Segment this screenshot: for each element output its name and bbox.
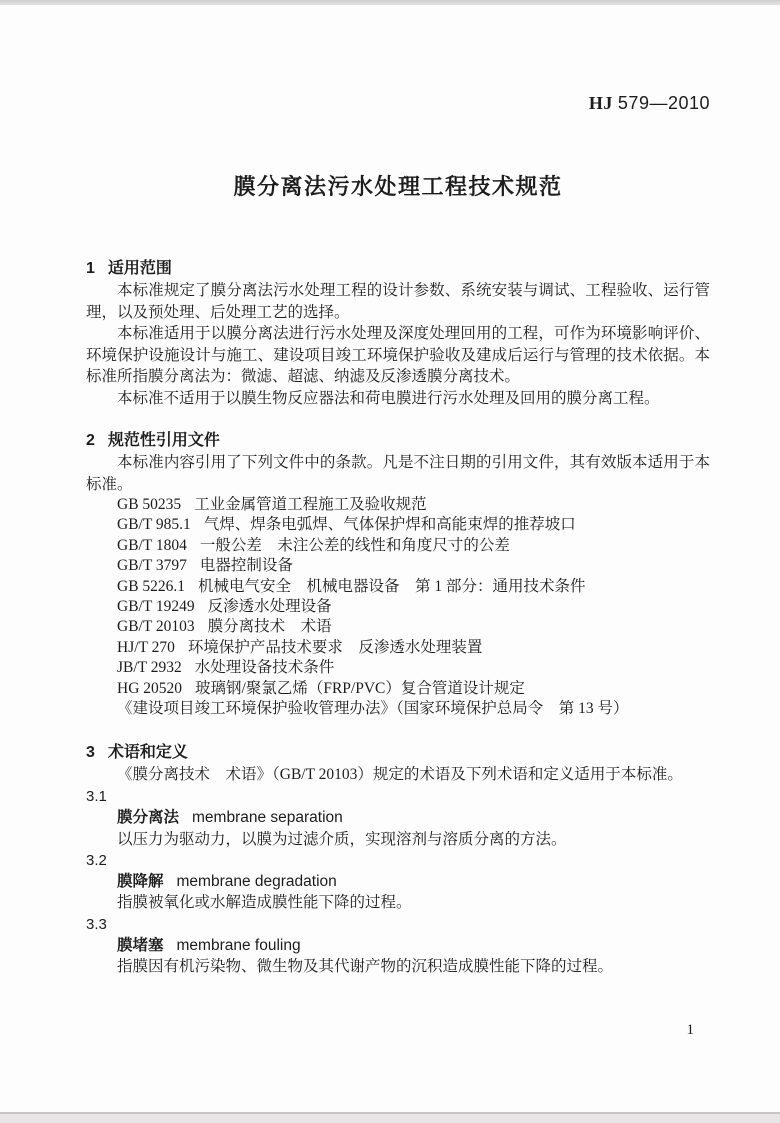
reference-title: 电器控制设备	[200, 557, 293, 574]
term-name-en: membrane degradation	[177, 873, 337, 890]
term-entry: 3.1 膜分离法membrane separation 以压力为驱动力，以膜为过…	[86, 786, 710, 850]
reference-item: GB/T 985.1气焊、焊条电弧焊、气体保护焊和高能束焊的推荐坡口	[117, 515, 710, 535]
reference-code: HG 20520	[117, 680, 182, 697]
section-1-paragraph: 本标准适用于以膜分离法进行污水处理及深度处理回用的工程，可作为环境影响评价、环境…	[86, 323, 710, 388]
term-number: 3.3	[86, 914, 710, 935]
standard-code-number: 579—2010	[618, 93, 710, 113]
section-3-heading: 3术语和定义	[86, 742, 710, 764]
reference-list: GB 50235工业金属管道工程施工及验收规范 GB/T 985.1气焊、焊条电…	[86, 495, 710, 719]
page-content: HJ 579—2010 膜分离法污水处理工程技术规范 1适用范围 本标准规定了膜…	[0, 0, 780, 978]
reference-code: GB/T 19249	[117, 598, 195, 615]
reference-code: GB/T 1804	[117, 537, 187, 554]
term-name-zh: 膜分离法	[117, 809, 179, 826]
term-name-zh: 膜堵塞	[117, 937, 164, 954]
reference-title: 《建设项目竣工环境保护验收管理办法》（国家环境保护总局令 第 13 号）	[117, 700, 629, 717]
reference-title: 膜分离技术 术语	[208, 618, 332, 635]
reference-title: 机械电气安全 机械电器设备 第 1 部分：通用技术条件	[198, 578, 586, 595]
reference-title: 反渗透水处理设备	[208, 598, 332, 615]
document-page: HJ 579—2010 膜分离法污水处理工程技术规范 1适用范围 本标准规定了膜…	[0, 0, 780, 1123]
section-2-intro: 本标准内容引用了下列文件中的条款。凡是不注日期的引用文件，其有效版本适用于本标准…	[86, 452, 710, 495]
reference-item: HJ/T 270环境保护产品技术要求 反渗透水处理装置	[117, 638, 710, 658]
page-title: 膜分离法污水处理工程技术规范	[86, 170, 710, 201]
terms-list: 3.1 膜分离法membrane separation 以压力为驱动力，以膜为过…	[86, 786, 710, 978]
term-number: 3.2	[86, 850, 710, 871]
section-1-paragraph: 本标准不适用于以膜生物反应器法和荷电膜进行污水处理及回用的膜分离工程。	[86, 388, 710, 410]
reference-item: GB/T 3797电器控制设备	[117, 556, 710, 576]
term-definition: 指膜因有机污染物、微生物及其代谢产物的沉积造成膜性能下降的过程。	[86, 956, 710, 977]
term-name: 膜降解membrane degradation	[86, 871, 710, 892]
reference-title: 气焊、焊条电弧焊、气体保护焊和高能束焊的推荐坡口	[204, 516, 576, 533]
term-number: 3.1	[86, 786, 710, 807]
reference-title: 一般公差 未注公差的线性和角度尺寸的公差	[200, 537, 510, 554]
reference-title: 水处理设备技术条件	[195, 659, 335, 676]
reference-code: GB 50235	[117, 496, 181, 513]
section-3-title: 术语和定义	[108, 744, 188, 761]
reference-code: GB/T 20103	[117, 618, 195, 635]
reference-item: GB/T 19249反渗透水处理设备	[117, 597, 710, 617]
term-definition: 以压力为驱动力，以膜为过滤介质，实现溶剂与溶质分离的方法。	[86, 829, 710, 850]
term-name: 膜堵塞membrane fouling	[86, 935, 710, 956]
term-name-en: membrane fouling	[177, 937, 301, 954]
page-number: 1	[687, 1022, 695, 1039]
term-definition: 指膜被氧化或水解造成膜性能下降的过程。	[86, 892, 710, 913]
scan-edge-bottom	[0, 1112, 780, 1123]
term-name-zh: 膜降解	[117, 873, 164, 890]
standard-code-prefix: HJ	[589, 93, 613, 113]
reference-item: GB/T 1804一般公差 未注公差的线性和角度尺寸的公差	[117, 536, 710, 556]
reference-code: HJ/T 270	[117, 639, 175, 656]
reference-code: JB/T 2932	[117, 659, 182, 676]
section-2-number: 2	[86, 432, 95, 449]
reference-title: 环境保护产品技术要求 反渗透水处理装置	[188, 639, 483, 656]
section-1-number: 1	[86, 260, 95, 277]
section-1-paragraph: 本标准规定了膜分离法污水处理工程的设计参数、系统安装与调试、工程验收、运行管理，…	[86, 280, 710, 323]
section-1-heading: 1适用范围	[86, 258, 710, 280]
term-name: 膜分离法membrane separation	[86, 807, 710, 828]
reference-item: GB 5226.1机械电气安全 机械电器设备 第 1 部分：通用技术条件	[117, 577, 710, 597]
term-entry: 3.3 膜堵塞membrane fouling 指膜因有机污染物、微生物及其代谢…	[86, 914, 710, 978]
section-2-title: 规范性引用文件	[108, 432, 220, 449]
section-2-heading: 2规范性引用文件	[86, 430, 710, 452]
scan-edge-top	[0, 0, 780, 5]
reference-item: 《建设项目竣工环境保护验收管理办法》（国家环境保护总局令 第 13 号）	[117, 699, 710, 719]
reference-item: GB 50235工业金属管道工程施工及验收规范	[117, 495, 710, 515]
reference-item: HG 20520玻璃钢/聚氯乙烯（FRP/PVC）复合管道设计规定	[117, 679, 710, 699]
term-entry: 3.2 膜降解membrane degradation 指膜被氧化或水解造成膜性…	[86, 850, 710, 914]
section-1-title: 适用范围	[108, 260, 172, 277]
reference-code: GB 5226.1	[117, 578, 185, 595]
section-3-intro: 《膜分离技术 术语》（GB/T 20103）规定的术语及下列术语和定义适用于本标…	[86, 764, 710, 786]
term-name-en: membrane separation	[192, 809, 343, 826]
reference-code: GB/T 985.1	[117, 516, 191, 533]
section-3-number: 3	[86, 744, 95, 761]
reference-item: GB/T 20103膜分离技术 术语	[117, 617, 710, 637]
reference-item: JB/T 2932水处理设备技术条件	[117, 658, 710, 678]
standard-code: HJ 579—2010	[86, 0, 710, 114]
reference-title: 玻璃钢/聚氯乙烯（FRP/PVC）复合管道设计规定	[195, 680, 525, 697]
reference-code: GB/T 3797	[117, 557, 187, 574]
reference-title: 工业金属管道工程施工及验收规范	[194, 496, 427, 513]
